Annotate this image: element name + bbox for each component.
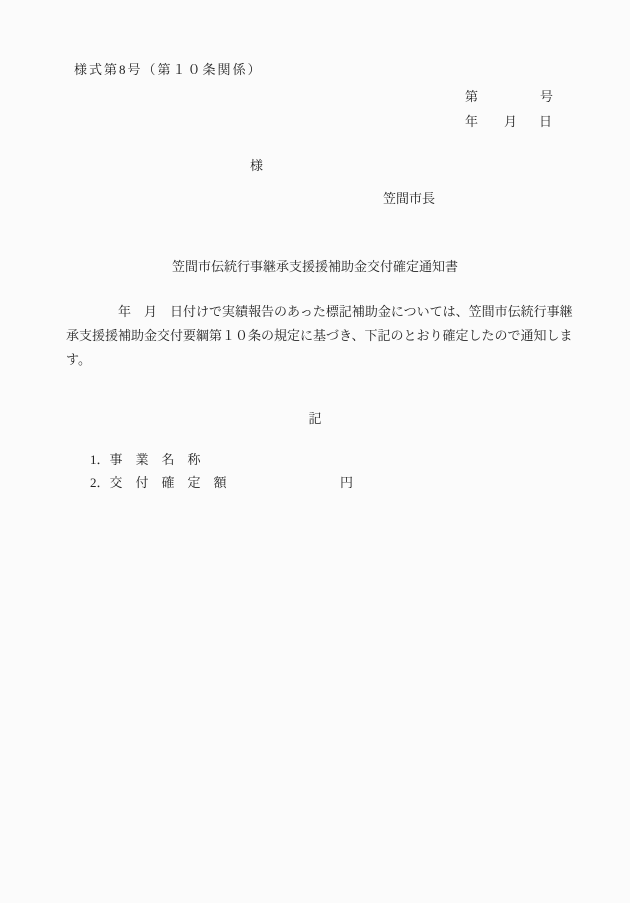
addressee-honorific: 様 — [250, 157, 263, 174]
form-number: 様式第8号（第１０条関係） — [74, 61, 263, 78]
date-year-label: 年 — [465, 113, 478, 130]
list-item-grant-amount: 2．交 付 確 定 額 — [90, 474, 227, 491]
sender-title: 笠間市長 — [383, 190, 435, 207]
date-day-label: 日 — [539, 113, 552, 130]
grant-amount-unit: 円 — [340, 474, 353, 491]
ref-number-suffix: 号 — [540, 88, 553, 105]
document-page: 様式第8号（第１０条関係） 第 号 年 月 日 様 笠間市長 笠間市伝統行事継承… — [0, 0, 630, 903]
record-marker: 記 — [0, 410, 630, 427]
ref-number-prefix: 第 — [465, 88, 478, 105]
list-item-project-name: 1．事 業 名 称 — [90, 451, 201, 468]
body-line-3: す。 — [66, 348, 586, 372]
date-month-label: 月 — [504, 113, 517, 130]
body-paragraph: 年 月 日付けで実績報告のあった標記補助金については、笠間市伝統行事継 承支援援… — [66, 300, 586, 372]
document-title: 笠間市伝統行事継承支援援補助金交付確定通知書 — [0, 258, 630, 275]
body-line-2: 承支援援補助金交付要綱第１０条の規定に基づき、下記のとおり確定したので通知しま — [66, 324, 586, 348]
body-line-1: 年 月 日付けで実績報告のあった標記補助金については、笠間市伝統行事継 — [66, 300, 586, 324]
